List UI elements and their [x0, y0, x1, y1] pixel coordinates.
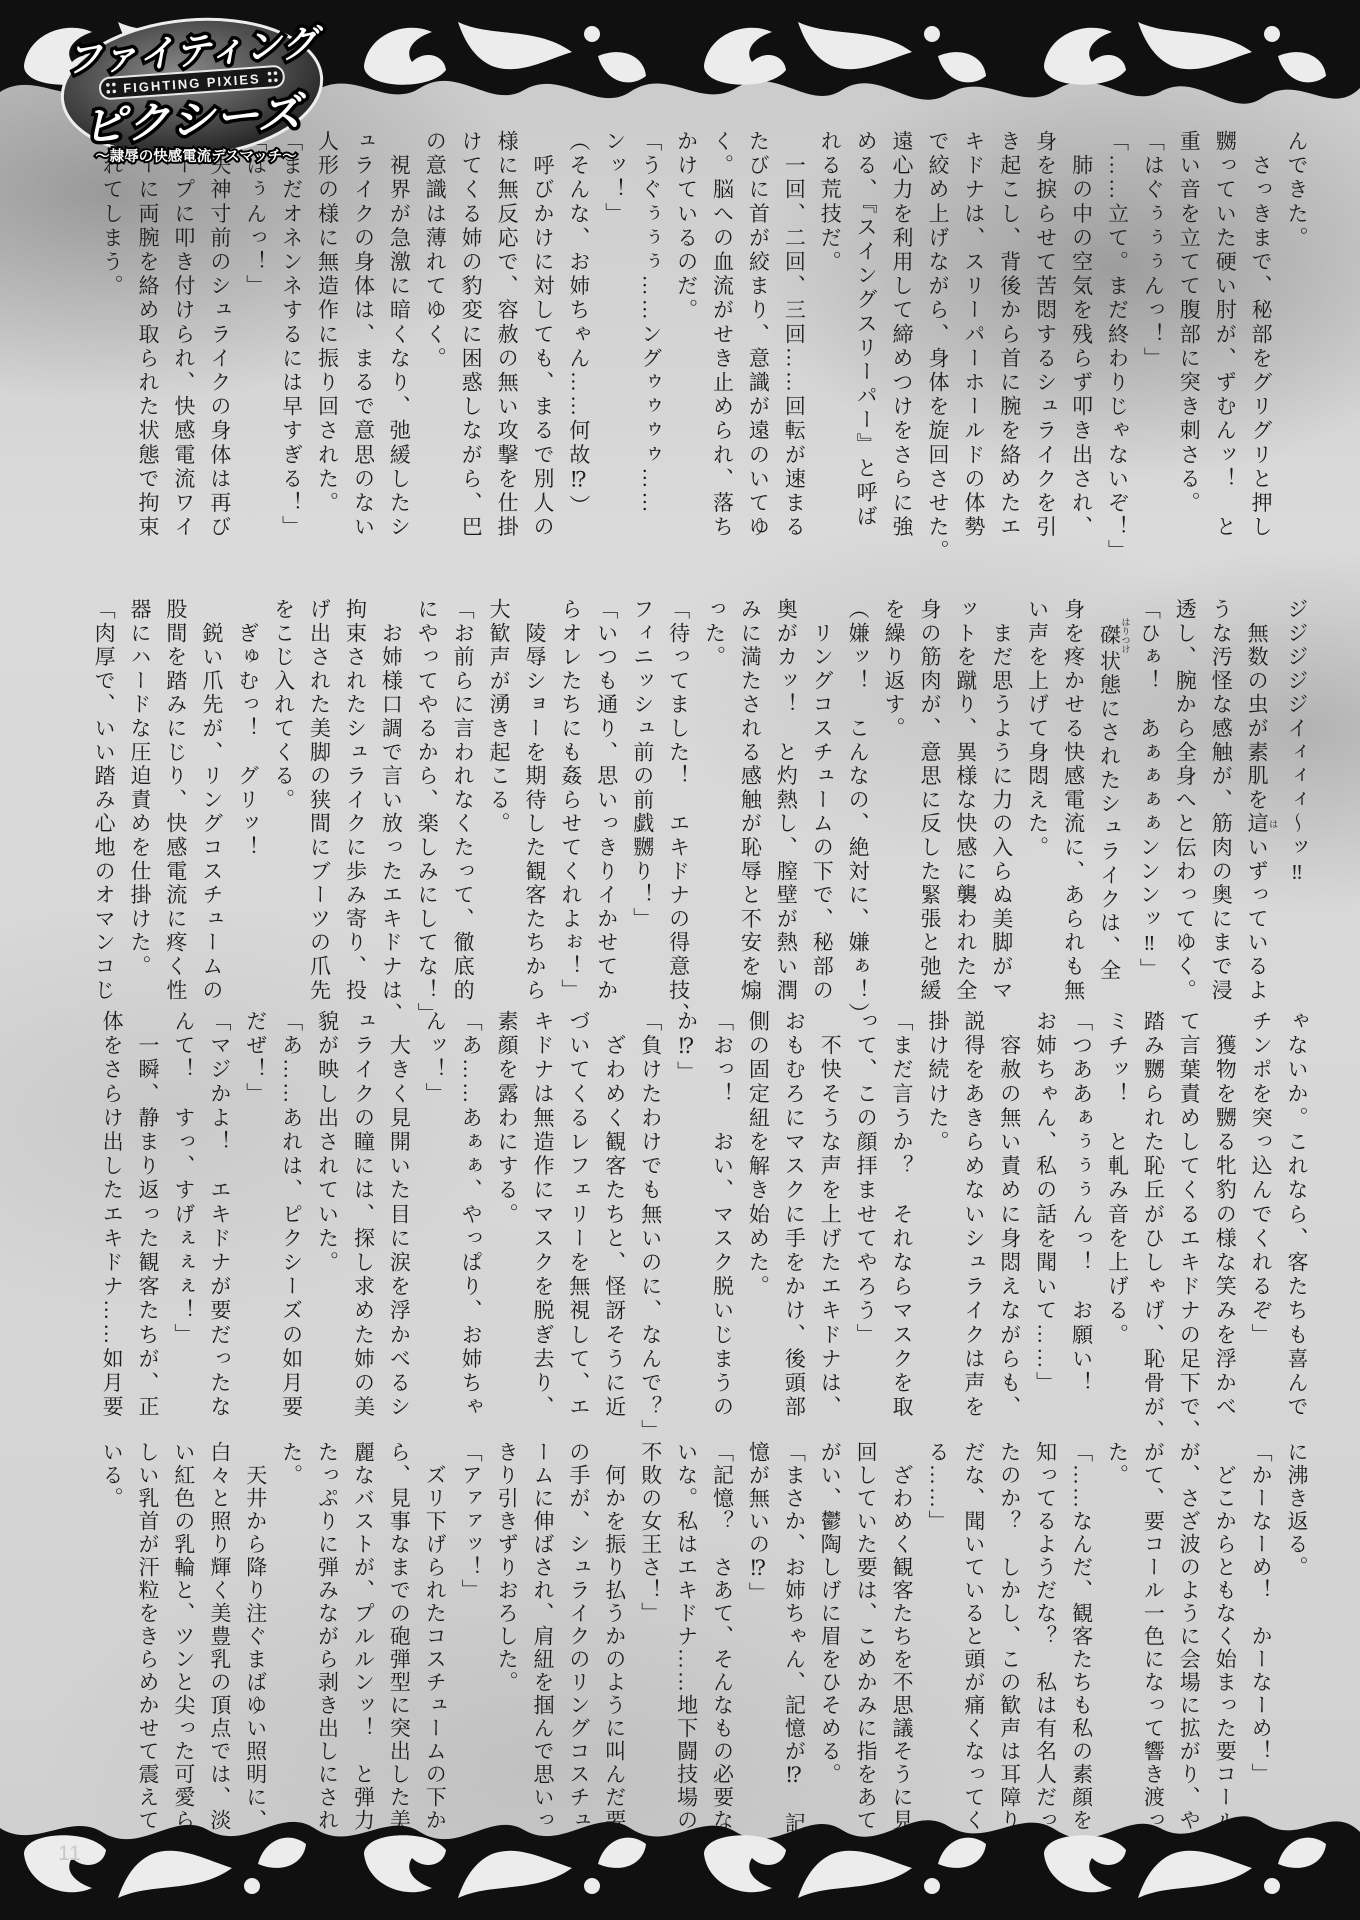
text-column: ヤーに両腕を絡め取られた状態で拘束: [129, 130, 165, 554]
text-column: 容赦の無い責めに身悶えながらも、: [991, 1010, 1027, 1430]
text-column: 大きく見開いた目に涙を浮かべるシ: [380, 1010, 416, 1430]
text-column: 「つああぁぅぅぅんっ！ お願い！: [1063, 1010, 1099, 1430]
text-band-3: ゃないか。これなら、客たちも喜んでチンポを突っ込んでくれるぞ」 獲物を嬲る牝豹の…: [93, 1010, 1314, 1430]
text-column: 人形の様に無造作に振り回された。: [309, 130, 345, 554]
text-column: ュライクの身体は、まるで意思のない: [345, 130, 381, 554]
text-column: 掛け続けた。: [919, 1010, 955, 1430]
text-column: キドナは、スリーパーホールドの体勢: [955, 130, 991, 554]
text-column: 「はぐぅぅぅんっ！」: [1134, 130, 1170, 554]
text-column: ンッ！」: [596, 130, 632, 554]
text-column: お姉様口調で言い放ったエキドナは、: [372, 598, 408, 1002]
text-column: 「肉厚で、いい踏み心地のオマンコじ: [85, 598, 121, 1002]
text-column: まだ思うように力の入らぬ美脚がマ: [983, 598, 1019, 1002]
text-column: 股間を踏みにじり、快感電流に疼く性: [157, 598, 193, 1002]
text-column: 「待ってました！ エキドナの得意技、: [660, 598, 696, 1002]
text-column: キドナは無造作にマスクを脱ぎ去り、: [524, 1010, 560, 1430]
text-column: 失神寸前のシュライクの身体は再び: [201, 130, 237, 554]
text-column: ュライクの瞳には、探し求めた姉の美: [345, 1010, 381, 1430]
text-column: 様に無反応で、容赦の無い攻撃を仕掛: [488, 130, 524, 554]
text-column: （そんな、お姉ちゃん……何故⁉）: [560, 130, 596, 554]
text-column: ミチッ！ と軋み音を上げる。: [1099, 1010, 1135, 1430]
text-column: 身の筋肉が、意思に反した緊張と弛緩: [911, 598, 947, 1002]
bottom-border-ornament: [0, 1770, 1360, 1920]
text-column: んッ！」: [416, 1010, 452, 1430]
text-column: 「あ……あれは、ピクシーズの如月要: [273, 1010, 309, 1430]
page: ファイティング FIGHTING PIXIES ピクシーズ ～隷辱の快感電流デス…: [0, 0, 1360, 1920]
text-column: で絞め上げながら、身体を旋回させた。: [919, 130, 955, 554]
text-column: されてしまう。: [93, 130, 129, 554]
text-column: 一回、二回、三回……回転が速まる: [775, 130, 811, 554]
text-column: んて！ すっ、すげぇぇぇ！」: [165, 1010, 201, 1430]
text-column: を繰り返す。: [875, 598, 911, 1002]
text-column: 重い音を立てて腹部に突き刺さる。: [1170, 130, 1206, 554]
text-column: さっきまで、秘部をグリグリと押し: [1242, 130, 1278, 554]
text-column: 「マジかよ！ エキドナが要だったな: [201, 1010, 237, 1430]
text-column: づいてくるレフェリーを無視して、エ: [560, 1010, 596, 1430]
text-column: ロープに叩き付けられ、快感電流ワイ: [165, 130, 201, 554]
text-column: 貌が映し出されていた。: [309, 1010, 345, 1430]
text-column: 「負けたわけでも無いのに、なんで？」: [632, 1010, 668, 1430]
text-column: て言葉責めしてくるエキドナの足下で、: [1170, 1010, 1206, 1430]
text-band-2: ジジジジジイィィィ～ッ‼ 無数の虫が素肌を這はいずっているような汚怪な感触が、筋…: [85, 598, 1314, 1002]
text-column: ジジジジジイィィィ～ッ‼: [1278, 598, 1314, 1002]
text-column: 器にハードな圧迫責めを仕掛けた。: [121, 598, 157, 1002]
text-column: 「まだオネンネするには早すぎる！」: [273, 130, 309, 554]
text-column: 遠心力を利用して締めつけをさらに強: [883, 130, 919, 554]
text-column: らオレたちにも姦らせてくれよぉ！」: [552, 598, 588, 1002]
text-column: たびに首が絞まり、意識が遠のいてゆ: [740, 130, 776, 554]
text-column: 鋭い爪先が、リングコスチュームの: [193, 598, 229, 1002]
text-column: ぎゅむっ！ グリッ！: [229, 598, 265, 1002]
text-column: く。脳への血流がせき止められ、落ち: [704, 130, 740, 554]
text-column: にやってやるから、楽しみにしてな！」: [408, 598, 444, 1002]
text-column: 不快そうな声を上げたエキドナは、: [811, 1010, 847, 1430]
text-column: 「まだ言うか？ それならマスクを取: [883, 1010, 919, 1430]
text-column: 大歓声が湧き起こる。: [480, 598, 516, 1002]
text-column: 嬲っていた硬い肘が、ずむんッ！ と: [1206, 130, 1242, 554]
text-column: （嫌ッ！ こんなの、絶対に、嫌ぁ！）: [839, 598, 875, 1002]
text-column: れる荒技だ。: [811, 130, 847, 554]
text-column: おもむろにマスクに手をかけ、後頭部: [775, 1010, 811, 1430]
text-column: 獲物を嬲る牝豹の様な笑みを浮かべ: [1206, 1010, 1242, 1430]
text-column: 「はぅんっ！」: [237, 130, 273, 554]
text-column: った。: [696, 598, 732, 1002]
text-band-1: んできた。 さっきまで、秘部をグリグリと押し嬲っていた硬い肘が、ずむんッ！ と重…: [93, 130, 1314, 554]
text-column: 透し、腕から全身へと伝わってゆく。: [1166, 598, 1202, 1002]
series-logo: ファイティング FIGHTING PIXIES ピクシーズ ～隷辱の快感電流デス…: [46, 8, 342, 178]
page-number: 11: [58, 1842, 82, 1866]
text-column: める、『スイングスリーパー』と呼ば: [847, 130, 883, 554]
text-column: か⁉」: [668, 1010, 704, 1430]
text-column: 側の固定紐を解き始めた。: [740, 1010, 776, 1430]
text-column: みに満たされる感触が恥辱と不安を煽: [732, 598, 768, 1002]
text-column: げ出された美脚の狭間にブーツの爪先: [301, 598, 337, 1002]
text-column: フィニッシュ前の前戯嬲り！」: [624, 598, 660, 1002]
text-column: 身を捩らせて苦悶するシュライクを引: [1027, 130, 1063, 554]
text-column: んできた。: [1278, 130, 1314, 554]
text-column: 拘束されたシュライクに歩み寄り、投: [337, 598, 373, 1002]
text-column: って、この顔拝ませてやろう」: [847, 1010, 883, 1430]
text-column: ットを蹴り、異様な快感に襲われた全: [947, 598, 983, 1002]
text-column: 奥がカッ！ と灼熱し、膣壁が熱い潤: [767, 598, 803, 1002]
text-column: 陵辱ショーを期待した観客たちから: [516, 598, 552, 1002]
text-column: けてくる姉の豹変に困惑しながら、巴: [452, 130, 488, 554]
text-column: 「いつも通り、思いっきりイかせてか: [588, 598, 624, 1002]
text-column: い声を上げて身悶えた。: [1019, 598, 1055, 1002]
text-column: ゃないか。これなら、客たちも喜んで: [1278, 1010, 1314, 1430]
text-column: 無数の虫が素肌を這はいずっているよ: [1238, 598, 1278, 1002]
text-column: だぜ！」: [237, 1010, 273, 1430]
text-column: き起こし、背後から首に腕を絡めたエ: [991, 130, 1027, 554]
logo-subtitle: ～隷辱の快感電流デスマッチ～: [95, 147, 297, 165]
text-column: かけているのだ。: [668, 130, 704, 554]
text-column: 一瞬、静まり返った観客たちが、正: [129, 1010, 165, 1430]
text-column: 肺の中の空気を残らず叩き出され、: [1063, 130, 1099, 554]
text-column: 呼びかけに対しても、まるで別人の: [524, 130, 560, 554]
text-column: 「うぐぅぅぅ……ングゥゥゥゥ……: [632, 130, 668, 554]
text-column: 踏み嬲られた恥丘がひしゃげ、恥骨が、: [1134, 1010, 1170, 1430]
text-column: リングコスチュームの下で、秘部の: [803, 598, 839, 1002]
text-column: 「……立て。まだ終わりじゃないぞ！」: [1099, 130, 1135, 554]
text-column: 説得をあきらめないシュライクは声を: [955, 1010, 991, 1430]
text-column: うな汚怪な感触が、筋肉の奥にまで浸: [1202, 598, 1238, 1002]
text-column: チンポを突っ込んでくれるぞ」: [1242, 1010, 1278, 1430]
text-column: 身を疼かせる快感電流に、あられも無: [1055, 598, 1091, 1002]
text-column: の意識は薄れてゆく。: [416, 130, 452, 554]
text-column: 素顔を露わにする。: [488, 1010, 524, 1430]
text-column: 「あ……あぁぁ、やっぱり、お姉ちゃ: [452, 1010, 488, 1430]
text-column: 体をさらけ出したエキドナ……如月要: [93, 1010, 129, 1430]
text-column: をこじ入れてくる。: [265, 598, 301, 1002]
text-column: 磔はりつけ状態にされたシュライクは、全: [1091, 598, 1131, 1002]
text-column: 「ひぁ！ あぁぁぁぁンンンッ‼」: [1130, 598, 1166, 1002]
text-column: お姉ちゃん、私の話を聞いて……」: [1027, 1010, 1063, 1430]
text-column: 「お前らに言われなくたって、徹底的: [444, 598, 480, 1002]
text-column: 「おっ！ おい、マスク脱いじまうの: [704, 1010, 740, 1430]
text-column: 視界が急激に暗くなり、弛緩したシ: [380, 130, 416, 554]
text-column: ざわめく観客たちと、怪訝そうに近: [596, 1010, 632, 1430]
